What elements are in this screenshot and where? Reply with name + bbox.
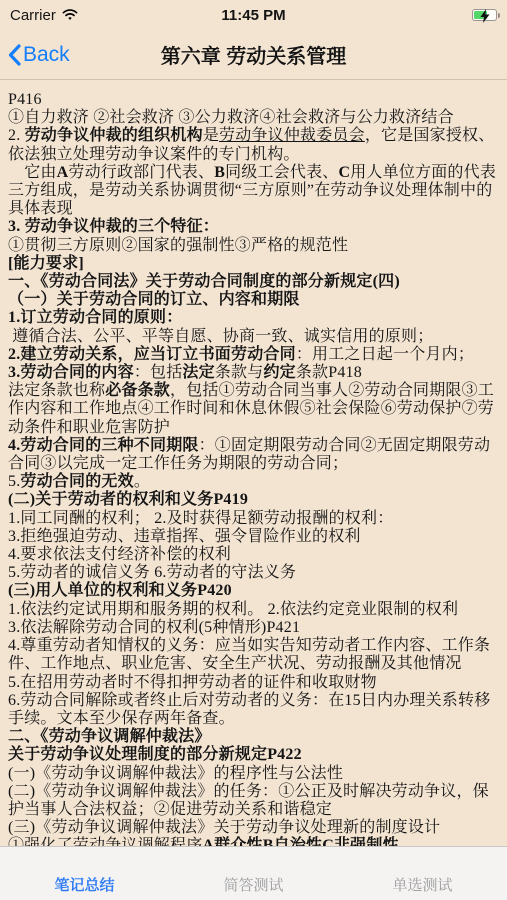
content-paragraph: 遵循合法、公平、平等自愿、协商一致、诚实信用的原则； <box>8 328 499 346</box>
content-paragraph: 2.建立劳动关系，应当订立书面劳动合同：用工之日起一个月内； <box>8 346 499 364</box>
content-paragraph: 3.依法解除劳动合同的权利(5种情形)P421 <box>8 619 499 637</box>
tab-multiple-choice-test[interactable]: 单选测试 <box>338 874 507 900</box>
content-paragraph: 5.劳动合同的无效。 <box>8 473 499 491</box>
content-paragraph: 法定条款也称必备条款，包括①劳动合同当事人②劳动合同期限③工作内容和工作地点④工… <box>8 382 499 437</box>
tab-notes-summary[interactable]: 笔记总结 <box>0 874 169 900</box>
content-paragraph: 4.要求依法支付经济补偿的权利 <box>8 546 499 564</box>
wifi-icon <box>61 8 79 22</box>
content-paragraph: ①自力救济 ②社会救济 ③公力救济④社会救济与公力救济结合 <box>8 109 499 127</box>
content-paragraph: 5.在招用劳动者时不得扣押劳动者的证件和收取财物 <box>8 674 499 692</box>
content-paragraph: 4.尊重劳动者知情权的义务：应当如实告知劳动者工作内容、工作条件、工作地点、职业… <box>8 637 499 673</box>
back-button[interactable]: Back <box>8 43 70 67</box>
carrier-label: Carrier <box>10 7 56 24</box>
content-paragraph: (一)《劳动争议调解仲裁法》的程序性与公法性 <box>8 765 499 783</box>
content-paragraph: 6.劳动合同解除或者终止后对劳动者的义务：在15日内办理关系转移手续。文本至少保… <box>8 692 499 728</box>
content-paragraph: 3.劳动合同的内容：包括法定条款与约定条款P418 <box>8 364 499 382</box>
status-bar: Carrier 11:45 PM <box>0 0 507 30</box>
content-paragraph: (三)《劳动争议调解仲裁法》关于劳动争议处理新的制度设计 <box>8 819 499 837</box>
chevron-left-icon <box>8 44 21 66</box>
tab-short-answer-test[interactable]: 简答测试 <box>169 874 338 900</box>
back-label: Back <box>23 43 70 67</box>
content-paragraph: 5.劳动者的诚信义务 6.劳动者的守法义务 <box>8 564 499 582</box>
content-paragraph: 3.拒绝强迫劳动、违章指挥、强令冒险作业的权利 <box>8 528 499 546</box>
notes-content: P416①自力救济 ②社会救济 ③公力救济④社会救济与公力救济结合2. 劳动争议… <box>0 80 507 856</box>
content-paragraph: [能力要求] <box>8 255 499 273</box>
content-paragraph: 1.同工同酬的权利； 2.及时获得足额劳动报酬的权利： <box>8 510 499 528</box>
battery-charging-icon <box>472 9 497 21</box>
content-paragraph: 1.依法约定试用期和服务期的权利。 2.依法约定竞业限制的权利 <box>8 601 499 619</box>
content-paragraph: (二)关于劳动者的权利和义务P419 <box>8 491 499 509</box>
content-paragraph: 4.劳动合同的三种不同期限：①固定期限劳动合同②无固定期限劳动合同③以完成一定工… <box>8 437 499 473</box>
content-paragraph: （一）关于劳动合同的订立、内容和期限 <box>8 291 499 309</box>
content-paragraph: 二、《劳动争议调解仲裁法》 <box>8 728 499 746</box>
content-paragraph: (三)用人单位的权利和义务P420 <box>8 582 499 600</box>
page-title: 第六章 劳动关系管理 <box>0 40 507 69</box>
content-paragraph: 一、《劳动合同法》关于劳动合同制度的部分新规定(四) <box>8 273 499 291</box>
tab-bar: 笔记总结 简答测试 单选测试 <box>0 846 507 900</box>
content-paragraph: (二)《劳动争议调解仲裁法》的任务：①公正及时解决劳动争议，保护当事人合法权益；… <box>8 783 499 819</box>
content-paragraph: 它由A劳动行政部门代表、B同级工会代表、C用人单位方面的代表三方组成，是劳动关系… <box>8 164 499 219</box>
content-paragraph: 3. 劳动争议仲裁的三个特征： <box>8 218 499 236</box>
content-paragraph: 2. 劳动争议仲裁的组织机构是劳动争议仲裁委员会，它是国家授权、依法独立处理劳动… <box>8 127 499 163</box>
content-paragraph: 1.订立劳动合同的原则： <box>8 309 499 327</box>
content-paragraph: ①贯彻三方原则②国家的强制性③严格的规范性 <box>8 237 499 255</box>
nav-bar: Back 第六章 劳动关系管理 <box>0 30 507 80</box>
content-paragraph: 关于劳动争议处理制度的部分新规定P422 <box>8 746 499 764</box>
content-paragraph: P416 <box>8 91 499 109</box>
